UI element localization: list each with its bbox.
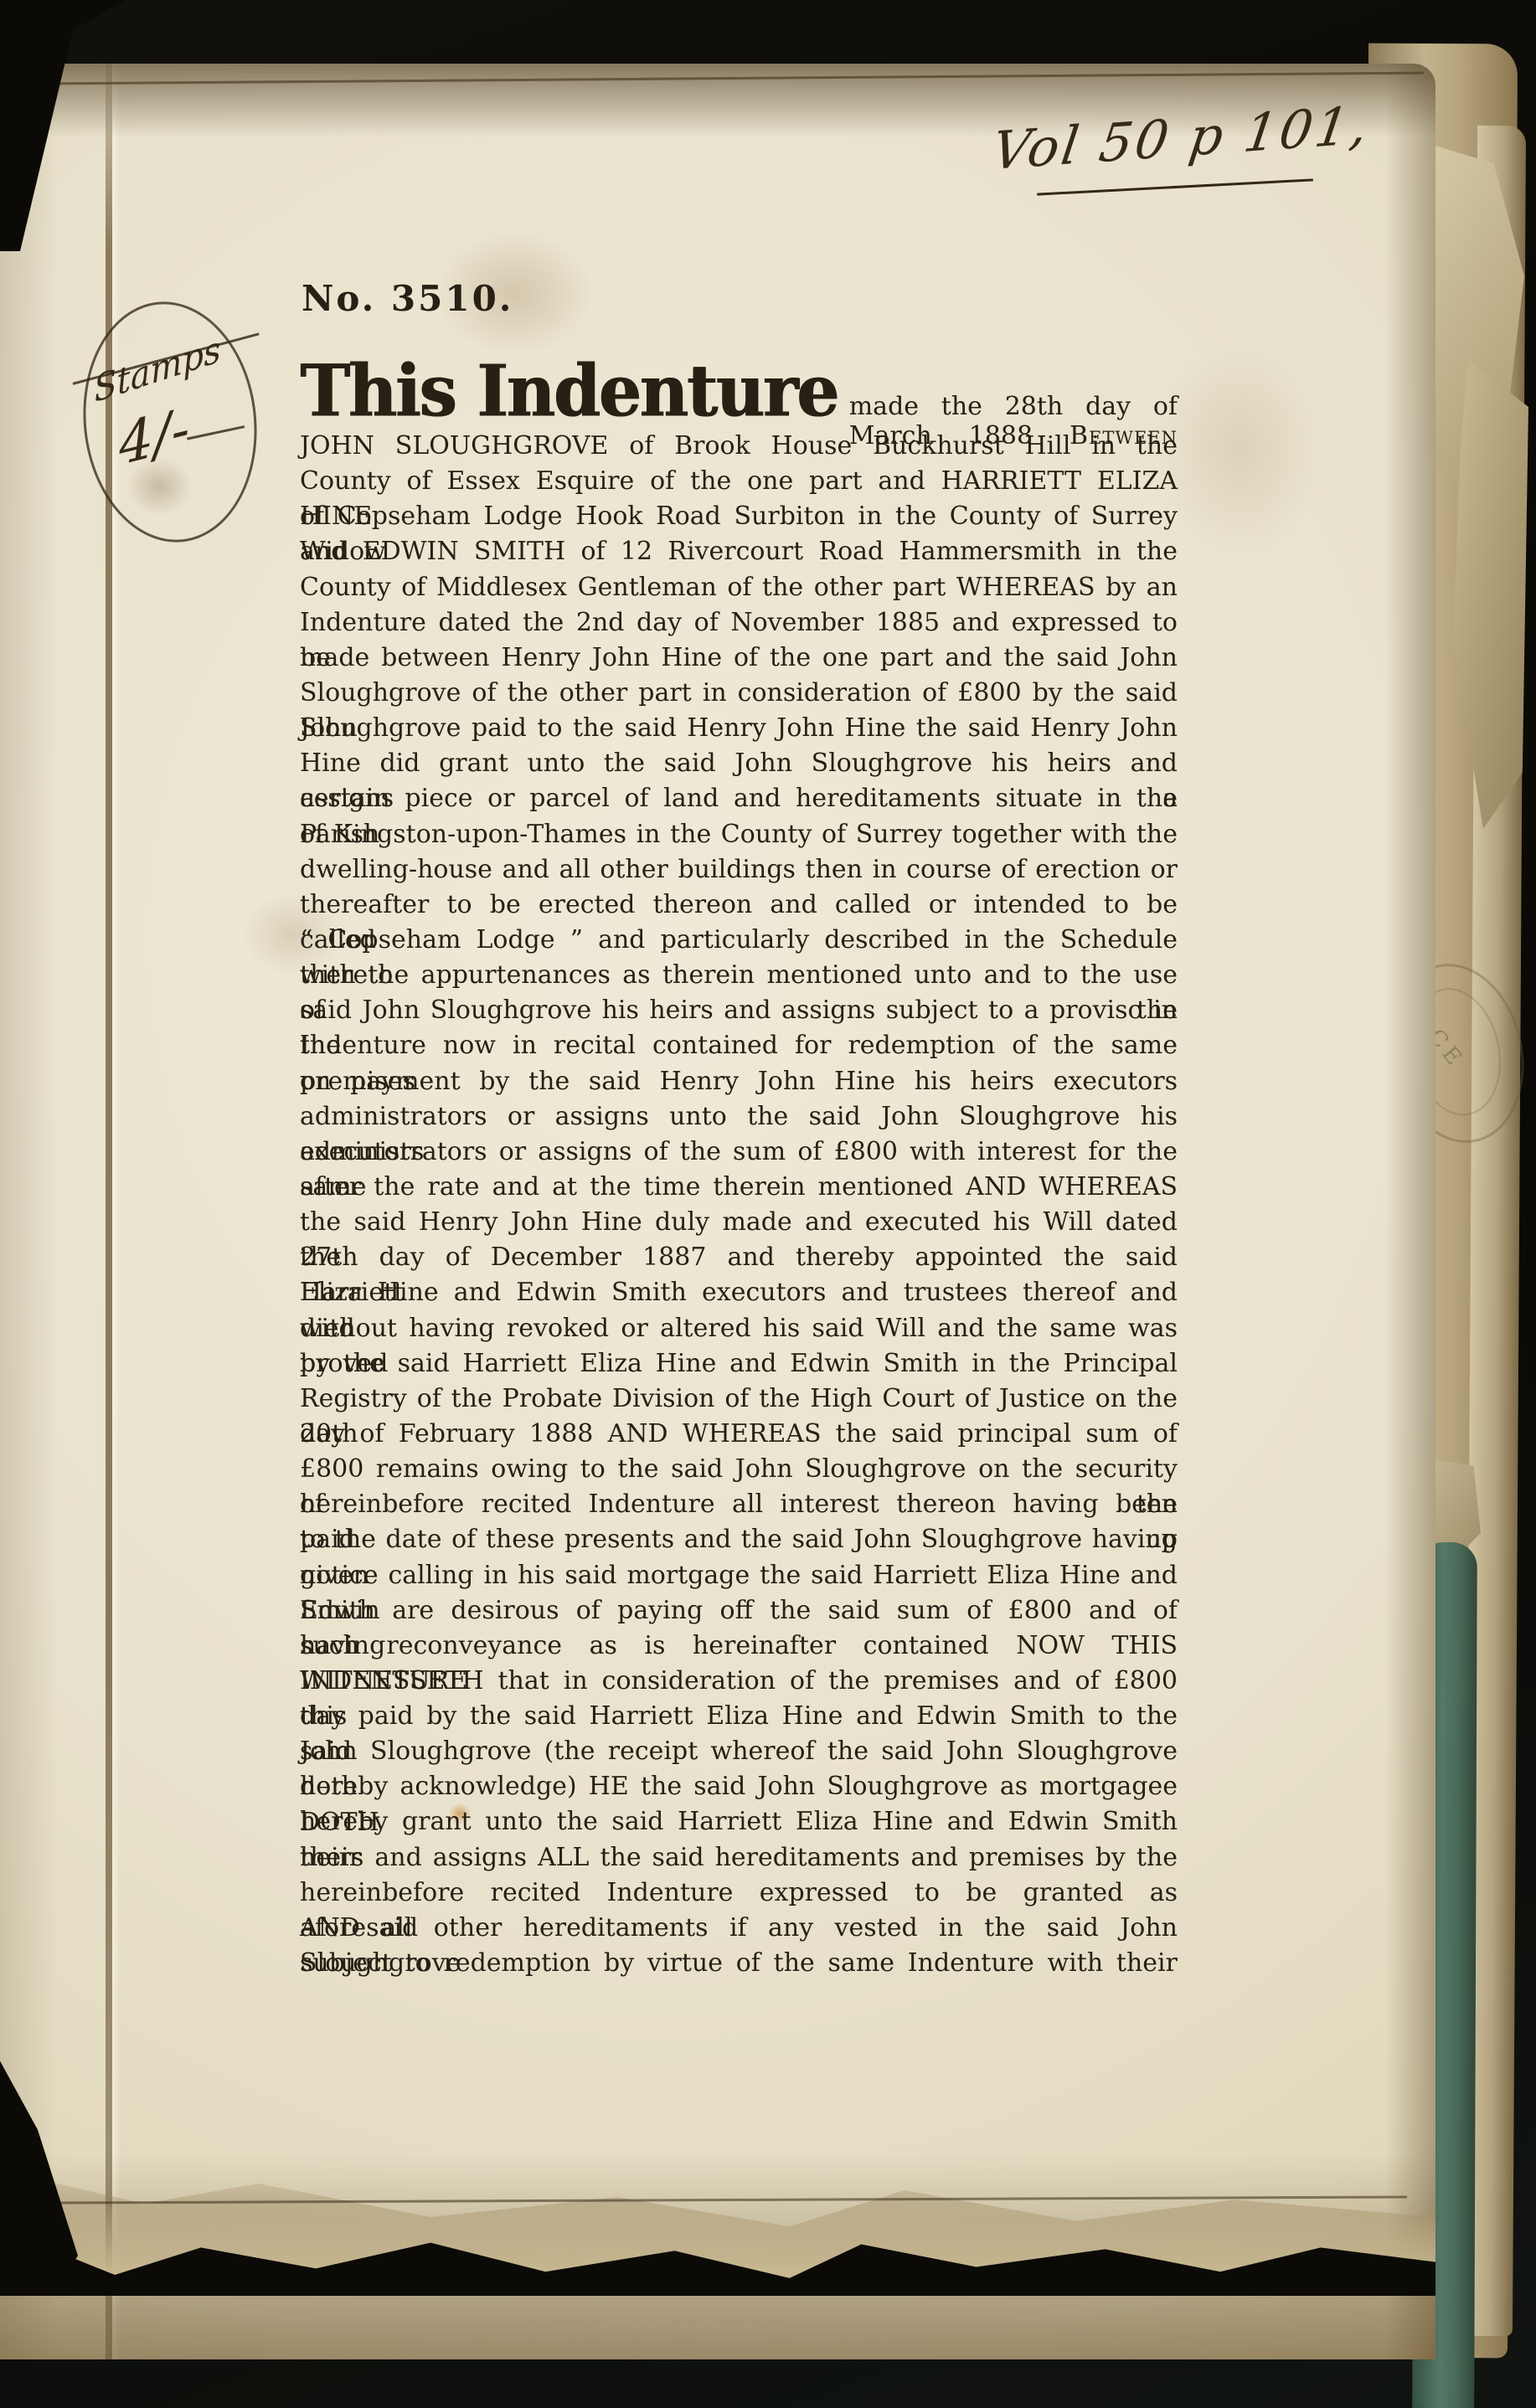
blackletter-heading: This Indenture [300, 349, 838, 433]
deed-line: certain piece or parcel of land and here… [300, 781, 1178, 816]
deed-line: Indenture dated the 2nd day of November … [300, 605, 1178, 641]
stamp-amount-dash [187, 425, 245, 440]
deed-line: Hine did grant unto the said John Slough… [300, 746, 1178, 781]
deed-line: Smith are desirous of paying off the sai… [300, 1593, 1178, 1628]
deed-line: £800 remains owing to the said John Slou… [300, 1452, 1178, 1487]
deed-line: hereby acknowledge) HE the said John Slo… [300, 1769, 1178, 1804]
document-number: No. 3510. [302, 278, 513, 319]
deed-line: without having revoked or altered his sa… [300, 1311, 1178, 1346]
deed-body-text: JOHN SLOUGHGROVE of Brook House Buckhurs… [300, 429, 1178, 1981]
deed-line: of Copseham Lodge Hook Road Surbiton in … [300, 499, 1178, 534]
deed-line: Registry of the Probate Division of the … [300, 1382, 1178, 1417]
deed-line: day of February 1888 AND WHEREAS the sai… [300, 1417, 1178, 1452]
scanned-deed-register-page: OCE Vol 50 p 101, Stamps 4/- No. 3510. T… [0, 0, 1536, 2408]
deed-line: notice calling in his said mortgage the … [300, 1558, 1178, 1593]
deed-line: hereby grant unto the said Harriett Eliz… [300, 1804, 1178, 1839]
deed-line: subject to redemption by virtue of the s… [300, 1946, 1178, 1981]
deed-line: 27th day of December 1887 and thereby ap… [300, 1240, 1178, 1275]
deed-line: the said Henry John Hine duly made and e… [300, 1205, 1178, 1240]
deed-line: made between Henry John Hine of the one … [300, 641, 1178, 676]
deed-line: WITNESSETH that in consideration of the … [300, 1664, 1178, 1699]
deed-line: heirs and assigns ALL the said hereditam… [300, 1840, 1178, 1875]
deed-line: on payment by the said Henry John Hine h… [300, 1064, 1178, 1099]
deed-line: to the date of these presents and the sa… [300, 1522, 1178, 1557]
deed-line: hereinbefore recited Indenture all inter… [300, 1487, 1178, 1522]
deed-line: Sloughgrove of the other part in conside… [300, 676, 1178, 711]
deed-line: “ Copseham Lodge ” and particularly desc… [300, 923, 1178, 958]
deed-line: by the said Harriett Eliza Hine and Edwi… [300, 1346, 1178, 1382]
deed-line: administrators or assigns of the sum of … [300, 1135, 1178, 1170]
deed-line: County of Middlesex Gentleman of the oth… [300, 570, 1178, 605]
deed-line: Eliza Hine and Edwin Smith executors and… [300, 1275, 1178, 1310]
paper-stain [1156, 340, 1323, 558]
deed-line: with the appurtenances as therein mentio… [300, 958, 1178, 993]
deed-line: Indenture now in recital contained for r… [300, 1028, 1178, 1063]
deed-line: administrators or assigns unto the said … [300, 1099, 1178, 1135]
deed-line: John Sloughgrove (the receipt whereof th… [300, 1734, 1178, 1769]
page-top-edge-line [50, 72, 1424, 85]
deed-line: dwelling-house and all other buildings t… [300, 852, 1178, 888]
deed-line: of Kingston-upon-Thames in the County of… [300, 817, 1178, 852]
deed-line: thereafter to be erected thereon and cal… [300, 888, 1178, 923]
deed-line: and EDWIN SMITH of 12 Rivercourt Road Ha… [300, 534, 1178, 569]
deed-line: hereinbefore recited Indenture expressed… [300, 1875, 1178, 1911]
deed-line: such reconveyance as is hereinafter cont… [300, 1628, 1178, 1664]
deed-line: County of Essex Esquire of the one part … [300, 464, 1178, 499]
deed-line: day paid by the said Harriett Eliza Hine… [300, 1699, 1178, 1734]
deed-line: after the rate and at the time therein m… [300, 1170, 1178, 1205]
deed-line: said John Sloughgrove his heirs and assi… [300, 993, 1178, 1028]
deed-line: JOHN SLOUGHGROVE of Brook House Buckhurs… [300, 429, 1178, 464]
deed-line: Sloughgrove paid to the said Henry John … [300, 711, 1178, 746]
deed-line: AND all other hereditaments if any veste… [300, 1911, 1178, 1946]
stamp-word: Stamps [92, 327, 222, 411]
stamp-amount: 4/- [116, 395, 191, 478]
